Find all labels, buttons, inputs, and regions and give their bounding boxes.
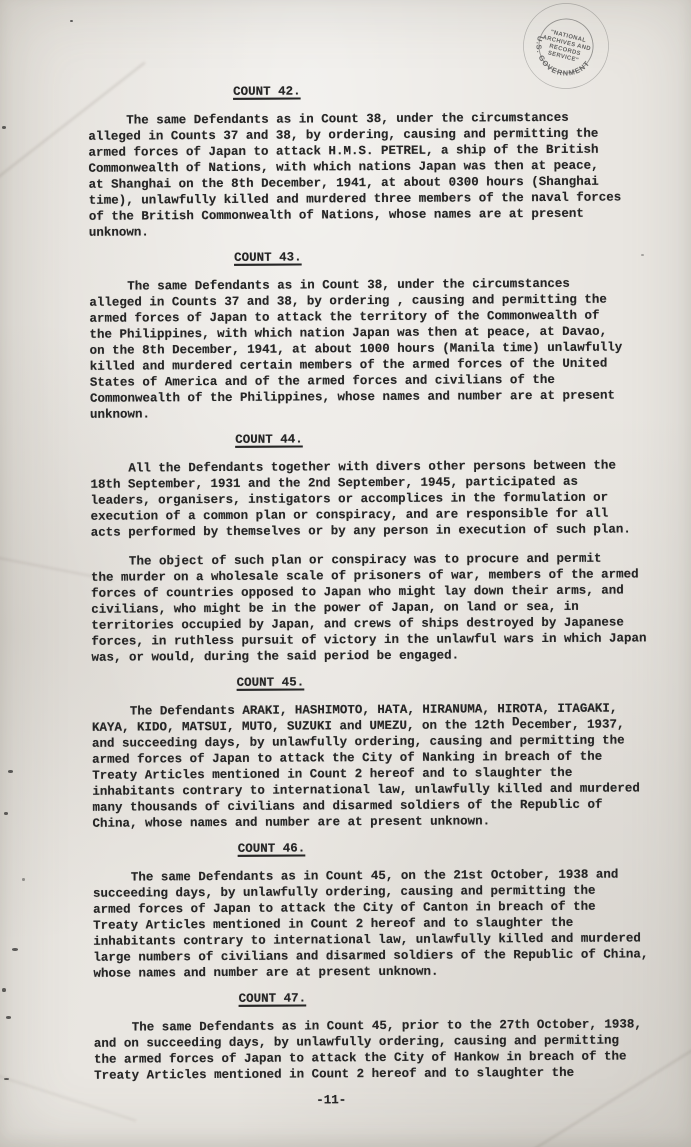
superscript-segment: D [512, 715, 520, 729]
paper-speck [2, 988, 6, 992]
paper-speck [6, 1016, 11, 1019]
count-heading: COUNT 44. [235, 431, 303, 447]
paragraph: The object of such plan or conspiracy wa… [91, 550, 672, 666]
paragraph: The same Defendants as in Count 38, unde… [88, 109, 669, 241]
count-sections: COUNT 42. The same Defendants as in Coun… [88, 81, 674, 1084]
count-heading: COUNT 45. [237, 674, 305, 690]
count-section: COUNT 46. The same Defendants as in Coun… [93, 838, 674, 982]
count-section: COUNT 47. The same Defendants as in Coun… [94, 988, 675, 1084]
count-section: COUNT 43. The same Defendants as in Coun… [89, 247, 670, 423]
text-segment: ecember, 1937, [519, 718, 624, 733]
text-line: was, or would, during the said period be… [91, 646, 671, 666]
paragraph: All the Defendants together with divers … [90, 457, 670, 541]
text-segment: KAYA, KIDO, MATSUI, MUTO, SUZUKI and UME… [92, 718, 512, 735]
paper-speck [12, 948, 18, 951]
count-heading: COUNT 43. [234, 249, 302, 265]
page-number: -11- [316, 1090, 674, 1108]
paper-speck [70, 20, 73, 22]
paper-speck [4, 1078, 9, 1080]
paragraph: The same Defendants as in Count 38, unde… [89, 275, 670, 423]
count-heading: COUNT 46. [238, 840, 306, 856]
text-line: whose names and number are at present un… [93, 962, 673, 982]
paragraph: The same Defendants as in Count 45, on t… [93, 866, 674, 982]
count-section: COUNT 42. The same Defendants as in Coun… [88, 81, 669, 241]
count-section: COUNT 44. All the Defendants together wi… [90, 429, 671, 666]
page-content: COUNT 42. The same Defendants as in Coun… [88, 81, 674, 1110]
text-line: Treaty Articles mentioned in Count 2 her… [94, 1064, 674, 1084]
count-heading: COUNT 47. [239, 990, 307, 1006]
paper-speck [4, 812, 8, 815]
paper-speck [8, 770, 13, 773]
document-page: HARRY S. TRUMAN LIBRARY U.S. GOVERNMENT … [0, 0, 691, 1147]
paper-speck [22, 878, 25, 881]
paper-speck [2, 126, 6, 129]
paragraph: The same Defendants as in Count 45, prio… [94, 1016, 674, 1084]
text-line: acts performed by themselves or by any p… [91, 521, 671, 541]
paragraph: The Defendants ARAKI, HASHIMOTO, HATA, H… [92, 700, 673, 832]
count-heading: COUNT 42. [233, 83, 301, 99]
count-section: COUNT 45. The Defendants ARAKI, HASHIMOT… [92, 672, 673, 832]
text-line: China, whose names and number are at pre… [92, 812, 672, 832]
